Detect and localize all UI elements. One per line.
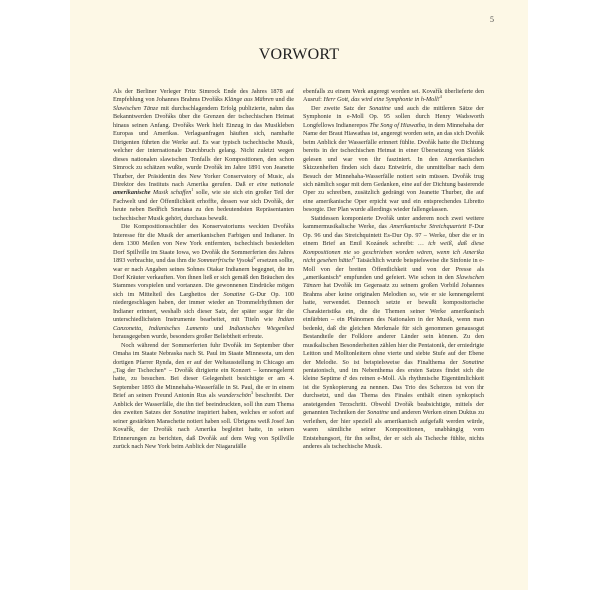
italic-text: eine nationale bbox=[257, 181, 294, 188]
paragraph: Noch während der Sommerferien fuhr Dvořá… bbox=[113, 342, 294, 452]
text-run: und die bbox=[274, 96, 294, 103]
left-text-column: Als der Berliner Verleger Fritz Simrock … bbox=[113, 88, 294, 451]
document-page: 5 VORWORT Als der Berliner Verleger Frit… bbox=[70, 0, 528, 590]
italic-text: Sonatine bbox=[367, 409, 389, 416]
emphasis-text: amerikanische bbox=[113, 189, 150, 196]
paragraph: Stattdessen komponierte Dvořák unter and… bbox=[303, 215, 484, 452]
paragraph: Als der Berliner Verleger Fritz Simrock … bbox=[113, 88, 294, 223]
italic-text: Klänge aus Mähren bbox=[224, 96, 273, 103]
text-run: Noch während der Sommerferien fuhr Dvořá… bbox=[113, 342, 294, 400]
italic-text: wunderschön bbox=[218, 392, 251, 399]
italic-text: The Song of Hiawatha bbox=[369, 122, 425, 129]
text-run: herausgegeben wurde, besonders großer Be… bbox=[113, 333, 263, 340]
italic-text: Sonatine bbox=[173, 409, 195, 416]
italic-text: Sonatine bbox=[462, 359, 484, 366]
right-text-column: ebenfalls zu einem Werk angeregt worden … bbox=[303, 88, 484, 451]
page-number: 5 bbox=[490, 15, 494, 24]
paragraph: ebenfalls zu einem Werk angeregt worden … bbox=[303, 88, 484, 105]
italic-text: Herr Gott, das wird eine Symphonie in h-… bbox=[323, 96, 439, 103]
page-title: VORWORT bbox=[70, 46, 528, 64]
text-run: und bbox=[208, 325, 229, 332]
italic-text: Slawischen Tänze bbox=[113, 105, 158, 112]
text-run: hat Dvořák im Gegensatz zu seinem großen… bbox=[303, 282, 484, 365]
text-run: Der zweite Satz der bbox=[311, 105, 369, 112]
italic-text: Sonatine bbox=[224, 291, 246, 298]
italic-text: Sonatine bbox=[369, 105, 391, 112]
italic-text: Amerikanische Streichquartett bbox=[390, 223, 466, 230]
text-run: mit durchschlagendem Erfolg publizierte,… bbox=[113, 105, 294, 188]
text-run: , in dem Minnehaha der Name der Braut Hi… bbox=[303, 122, 484, 214]
footnote-marker: 4 bbox=[440, 94, 442, 99]
italic-text: Sommerfrische Vysoká bbox=[197, 257, 253, 264]
paragraph: Die Kompositionsschüler des Konservatori… bbox=[113, 223, 294, 341]
paragraph: Der zweite Satz der Sonatine und auch di… bbox=[303, 105, 484, 215]
italic-text: Musik schaffen bbox=[150, 189, 191, 196]
italic-text: Indianisches Wiegenlied bbox=[229, 325, 294, 332]
